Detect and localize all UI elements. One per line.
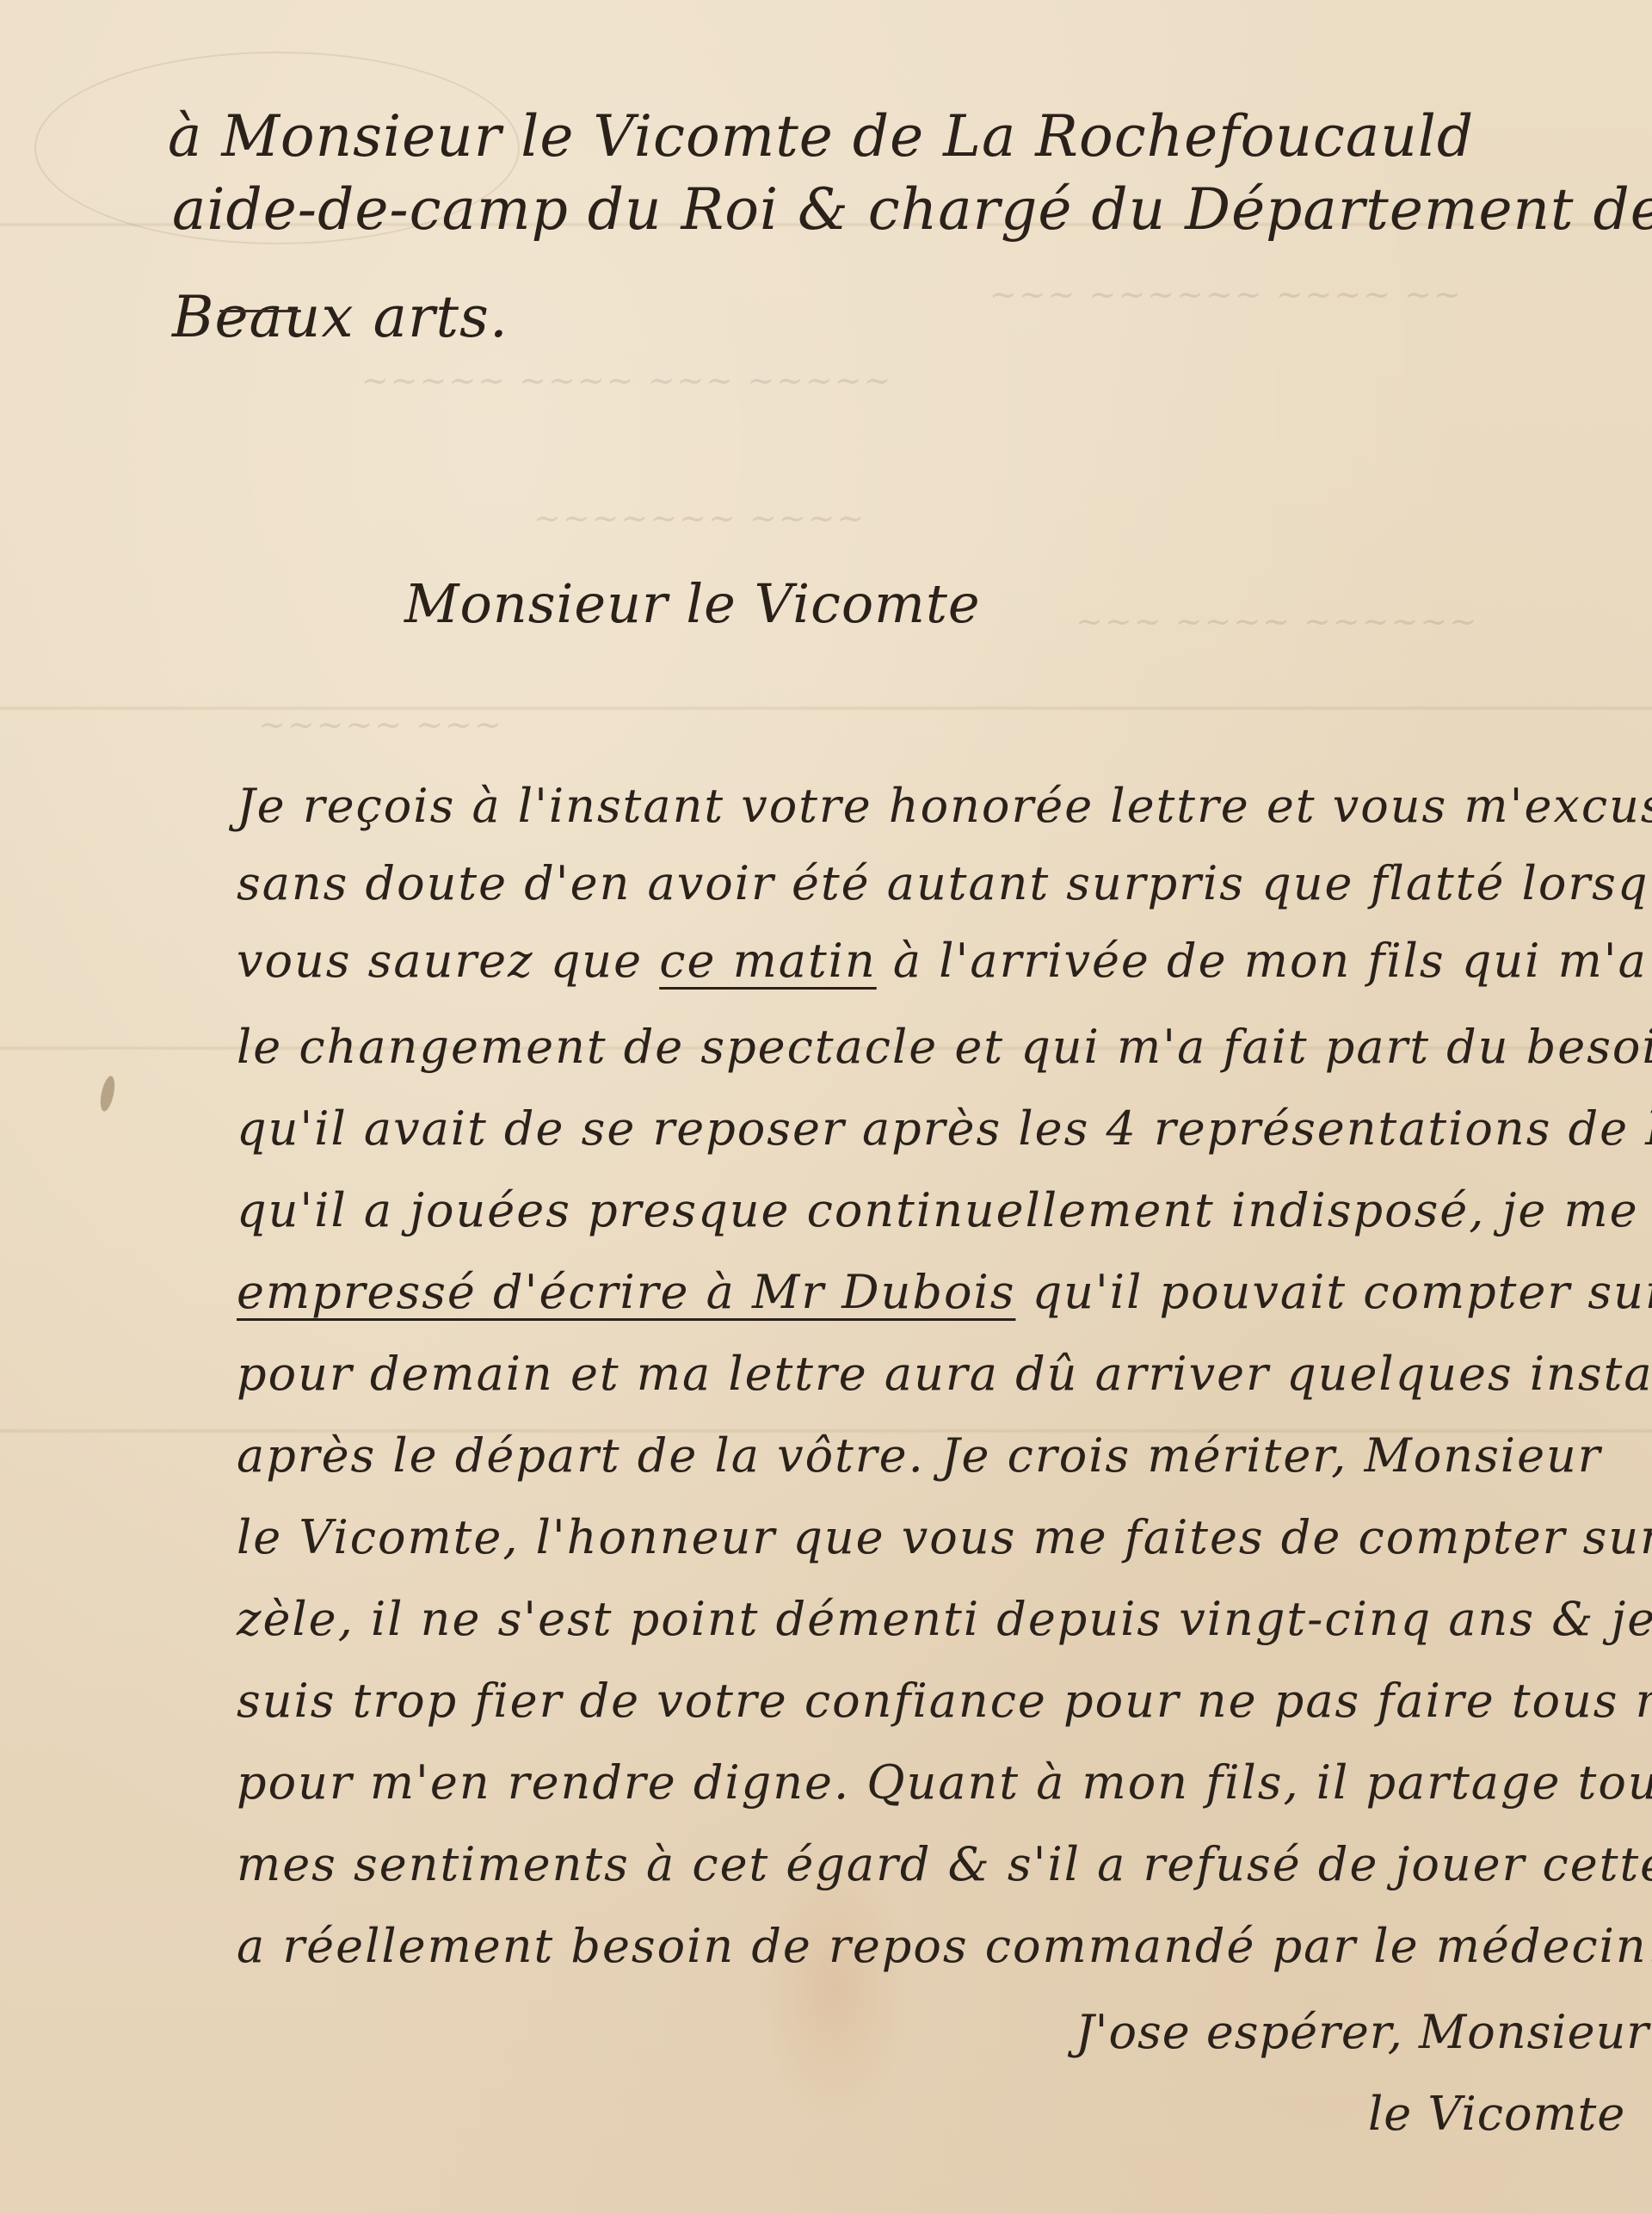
body-line: pour demain et ma lettre aura dû arriver… (237, 1347, 1652, 1401)
body-line: a réellement besoin de repos commandé pa… (237, 1919, 1652, 1973)
water-stain (757, 1850, 912, 2125)
paper-fold-line (0, 706, 1652, 711)
underlined-phrase: empressé d'écrire à Mr Dubois (237, 1265, 1015, 1319)
salutation: Monsieur le Vicomte (404, 572, 981, 635)
body-line: pour m'en rendre digne. Quant à mon fils… (237, 1755, 1652, 1810)
body-line: zèle, il ne s'est point démenti depuis v… (237, 1592, 1652, 1646)
letter-page: ~~~ ~~~~~~ ~~~~ ~~ ~~~~~ ~~~~ ~~~ ~~~~~ … (0, 0, 1652, 2214)
body-line: mes sentiments à cet égard & s'il a refu… (237, 1837, 1652, 1891)
address-line-3: Beaux arts. (172, 284, 509, 350)
body-line: qu'il a jouées presque continuellement i… (237, 1183, 1652, 1237)
bleed-through-text: ~~~ ~~~~ ~~~~~~ (1076, 602, 1478, 640)
body-line: après le départ de la vôtre. Je crois mé… (237, 1428, 1602, 1483)
body-line: empressé d'écrire à Mr Dubois qu'il pouv… (237, 1265, 1652, 1319)
bleed-through-text: ~~~~~ ~~~ (258, 706, 503, 743)
body-line: sans doute d'en avoir été autant surpris… (237, 856, 1652, 910)
bleed-through-text: ~~~~~~~ ~~~~ (533, 499, 866, 537)
address-line-1: à Monsieur le Vicomte de La Rochefoucaul… (168, 103, 1474, 170)
underlined-phrase: ce matin (659, 934, 877, 988)
bleed-through-text: ~~~ ~~~~~~ ~~~~ ~~ (989, 275, 1463, 313)
body-line: le changement de spectacle et qui m'a fa… (237, 1020, 1652, 1074)
closing-line-2: le Vicomte (1368, 2087, 1625, 2141)
closing-line-1: J'ose espérer, Monsieur (1076, 2005, 1649, 2059)
body-line: qu'il avait de se reposer après les 4 re… (237, 1101, 1652, 1156)
body-line: Je reçois à l'instant votre honorée lett… (237, 779, 1652, 833)
ink-blot (98, 1075, 117, 1113)
body-line: vous saurez que ce matin à l'arrivée de … (237, 934, 1652, 988)
bleed-through-text: ~~~~~ ~~~~ ~~~ ~~~~~ (361, 361, 893, 399)
body-line: le Vicomte, l'honneur que vous me faites… (237, 1510, 1652, 1564)
overline-mark (219, 310, 301, 312)
address-line-2: aide-de-camp du Roi & chargé du Départem… (172, 176, 1652, 243)
body-line: suis trop fier de votre confiance pour n… (237, 1674, 1652, 1728)
